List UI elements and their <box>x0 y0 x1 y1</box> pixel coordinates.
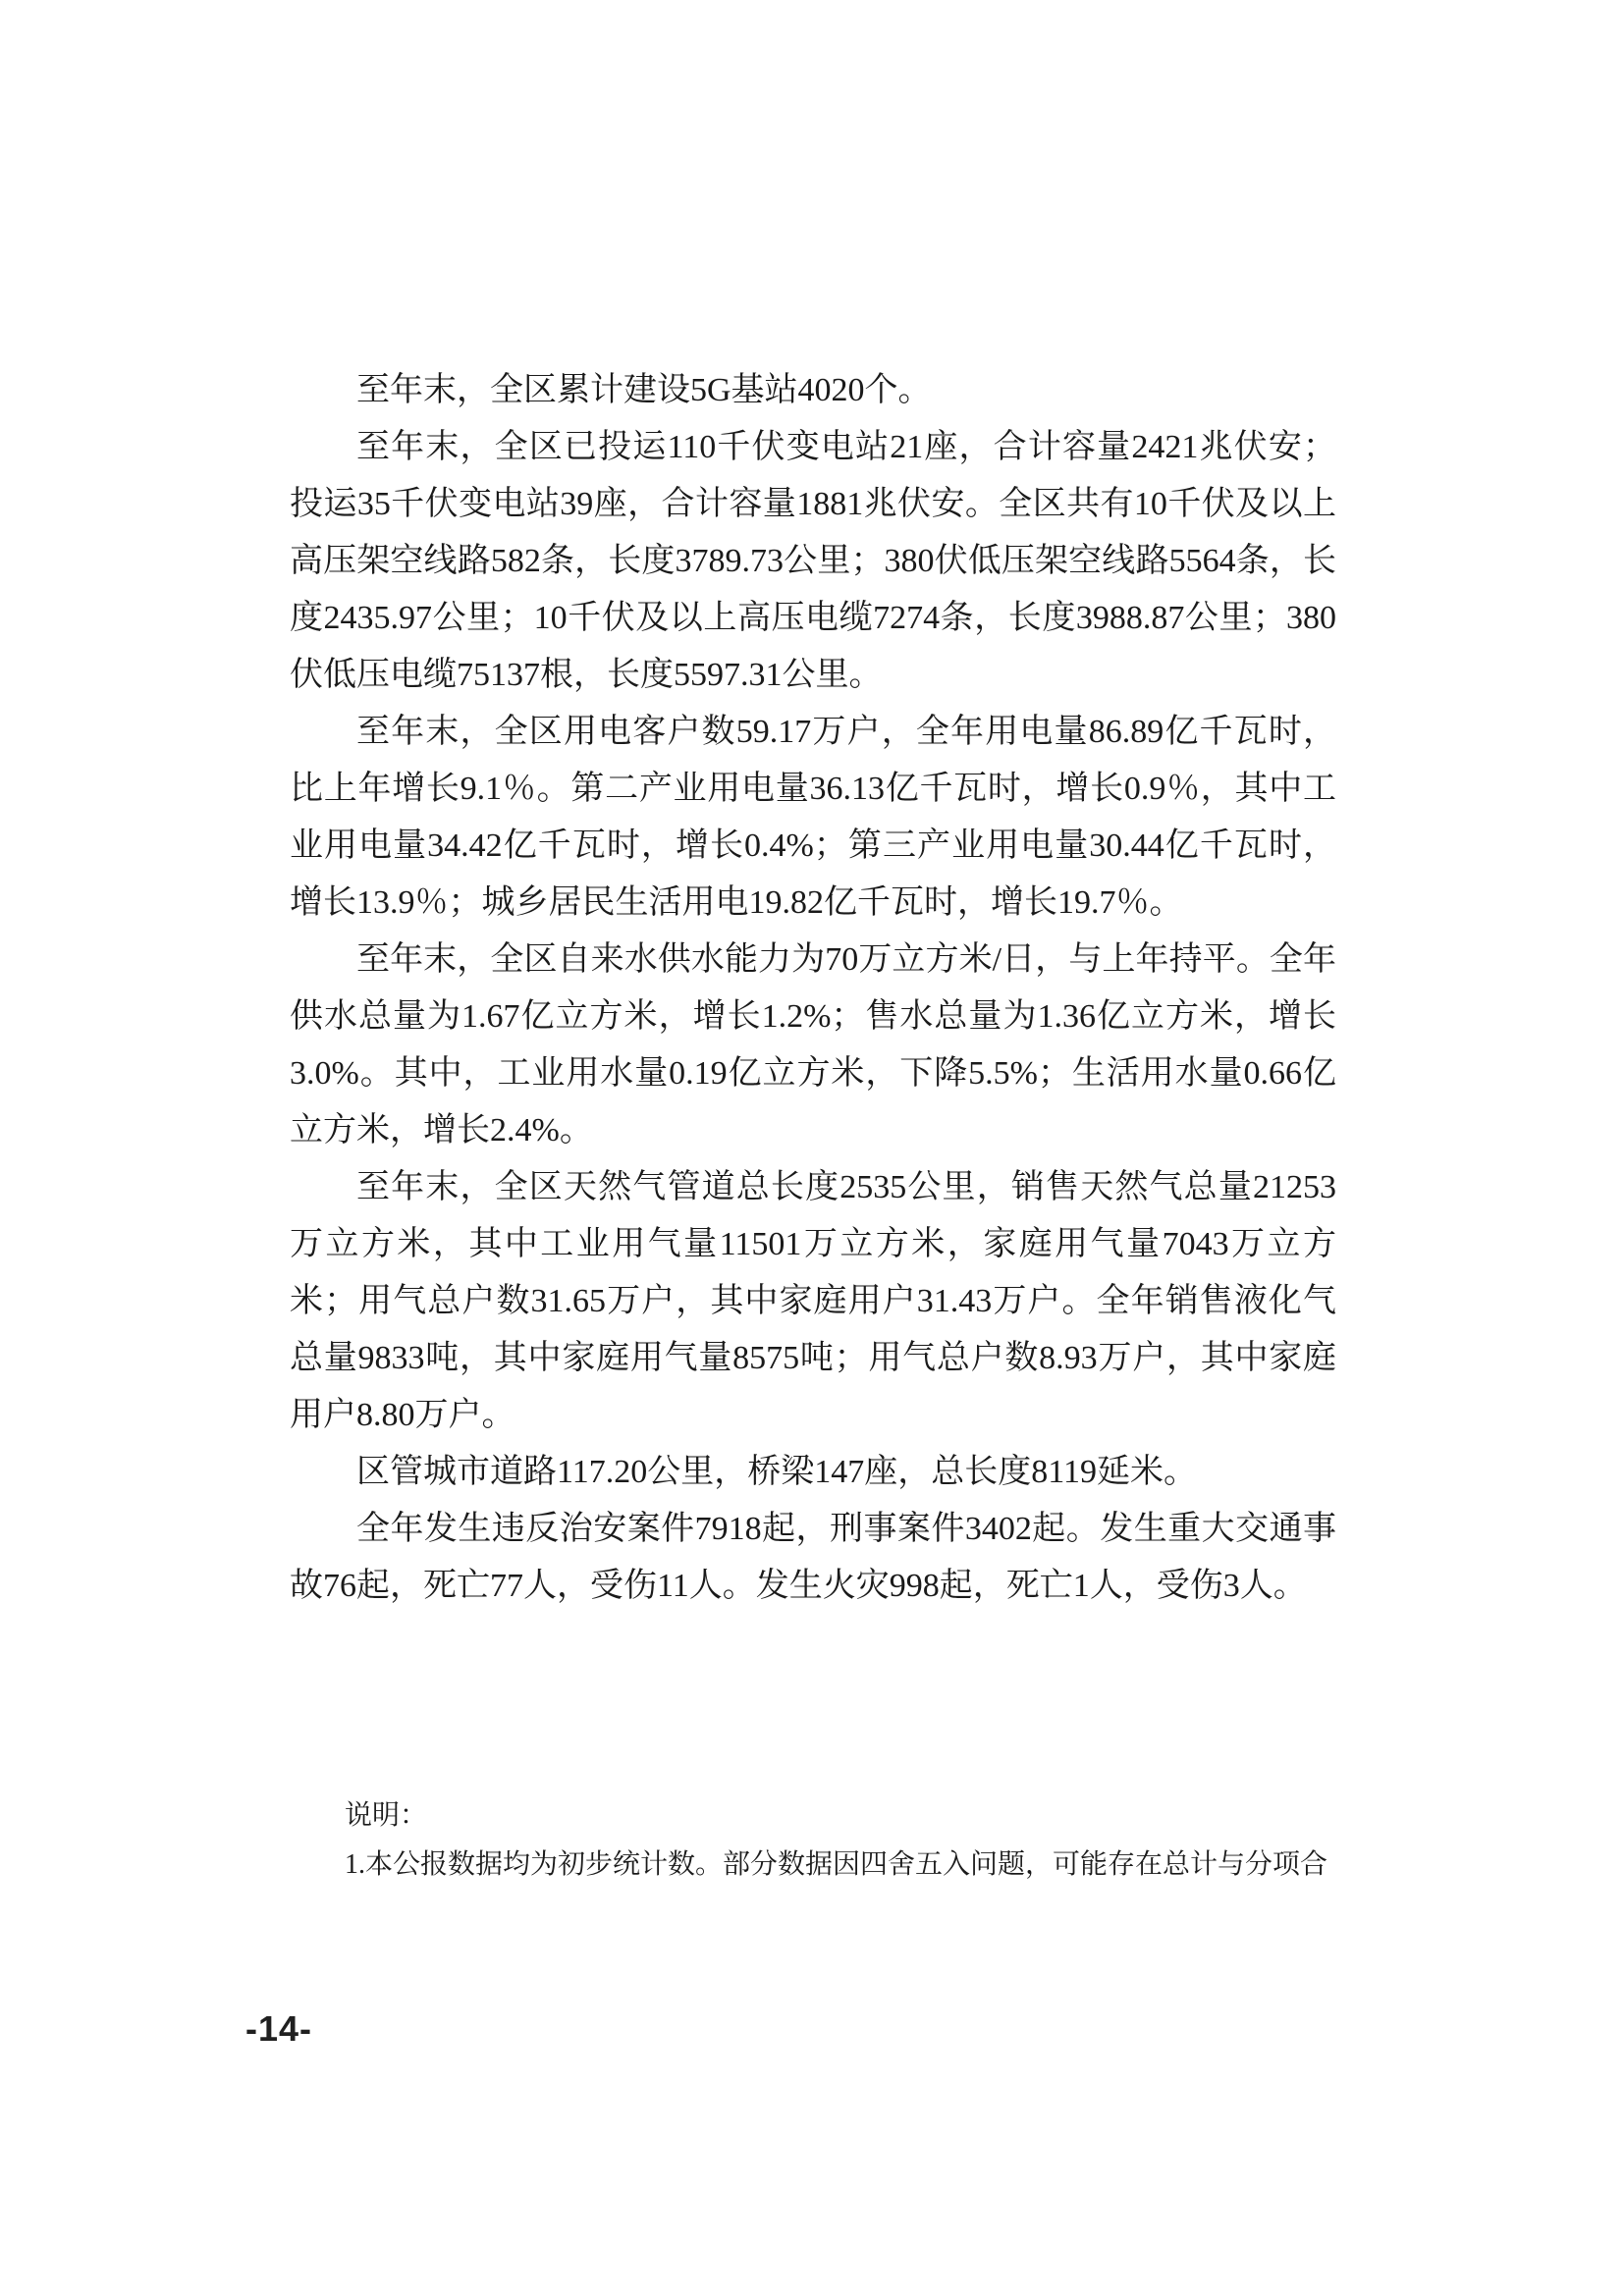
notes-heading: 说明： <box>345 1791 1336 1841</box>
body-text: 至年末，全区累计建设5G基站4020个。 至年末，全区已投运110千伏变电站21… <box>290 362 1336 1615</box>
page-number: -14- <box>245 2008 312 2050</box>
paragraph-gas-supply: 至年末，全区天然气管道总长度2535公里，销售天然气总量21253万立方米，其中… <box>290 1159 1336 1444</box>
paragraph-water-supply: 至年末，全区自来水供水能力为70万立方米/日，与上年持平。全年供水总量为1.67… <box>290 932 1336 1159</box>
paragraph-electricity-consumption: 至年末，全区用电客户数59.17万户，全年用电量86.89亿千瓦时，比上年增长9… <box>290 704 1336 932</box>
paragraph-public-safety: 全年发生违反治安案件7918起，刑事案件3402起。发生重大交通事故76起，死亡… <box>290 1501 1336 1615</box>
notes-section: 说明： 1.本公报数据均为初步统计数。部分数据因四舍五入问题，可能存在总计与分项… <box>290 1791 1336 1890</box>
note-item-1: 1.本公报数据均为初步统计数。部分数据因四舍五入问题，可能存在总计与分项合 <box>345 1841 1336 1890</box>
paragraph-5g-base-stations: 至年末，全区累计建设5G基站4020个。 <box>290 362 1336 419</box>
paragraph-power-grid: 至年末，全区已投运110千伏变电站21座，合计容量2421兆伏安；投运35千伏变… <box>290 419 1336 704</box>
paragraph-roads-bridges: 区管城市道路117.20公里，桥梁147座，总长度8119延米。 <box>290 1444 1336 1501</box>
document-page: 至年末，全区累计建设5G基站4020个。 至年末，全区已投运110千伏变电站21… <box>0 0 1624 2296</box>
